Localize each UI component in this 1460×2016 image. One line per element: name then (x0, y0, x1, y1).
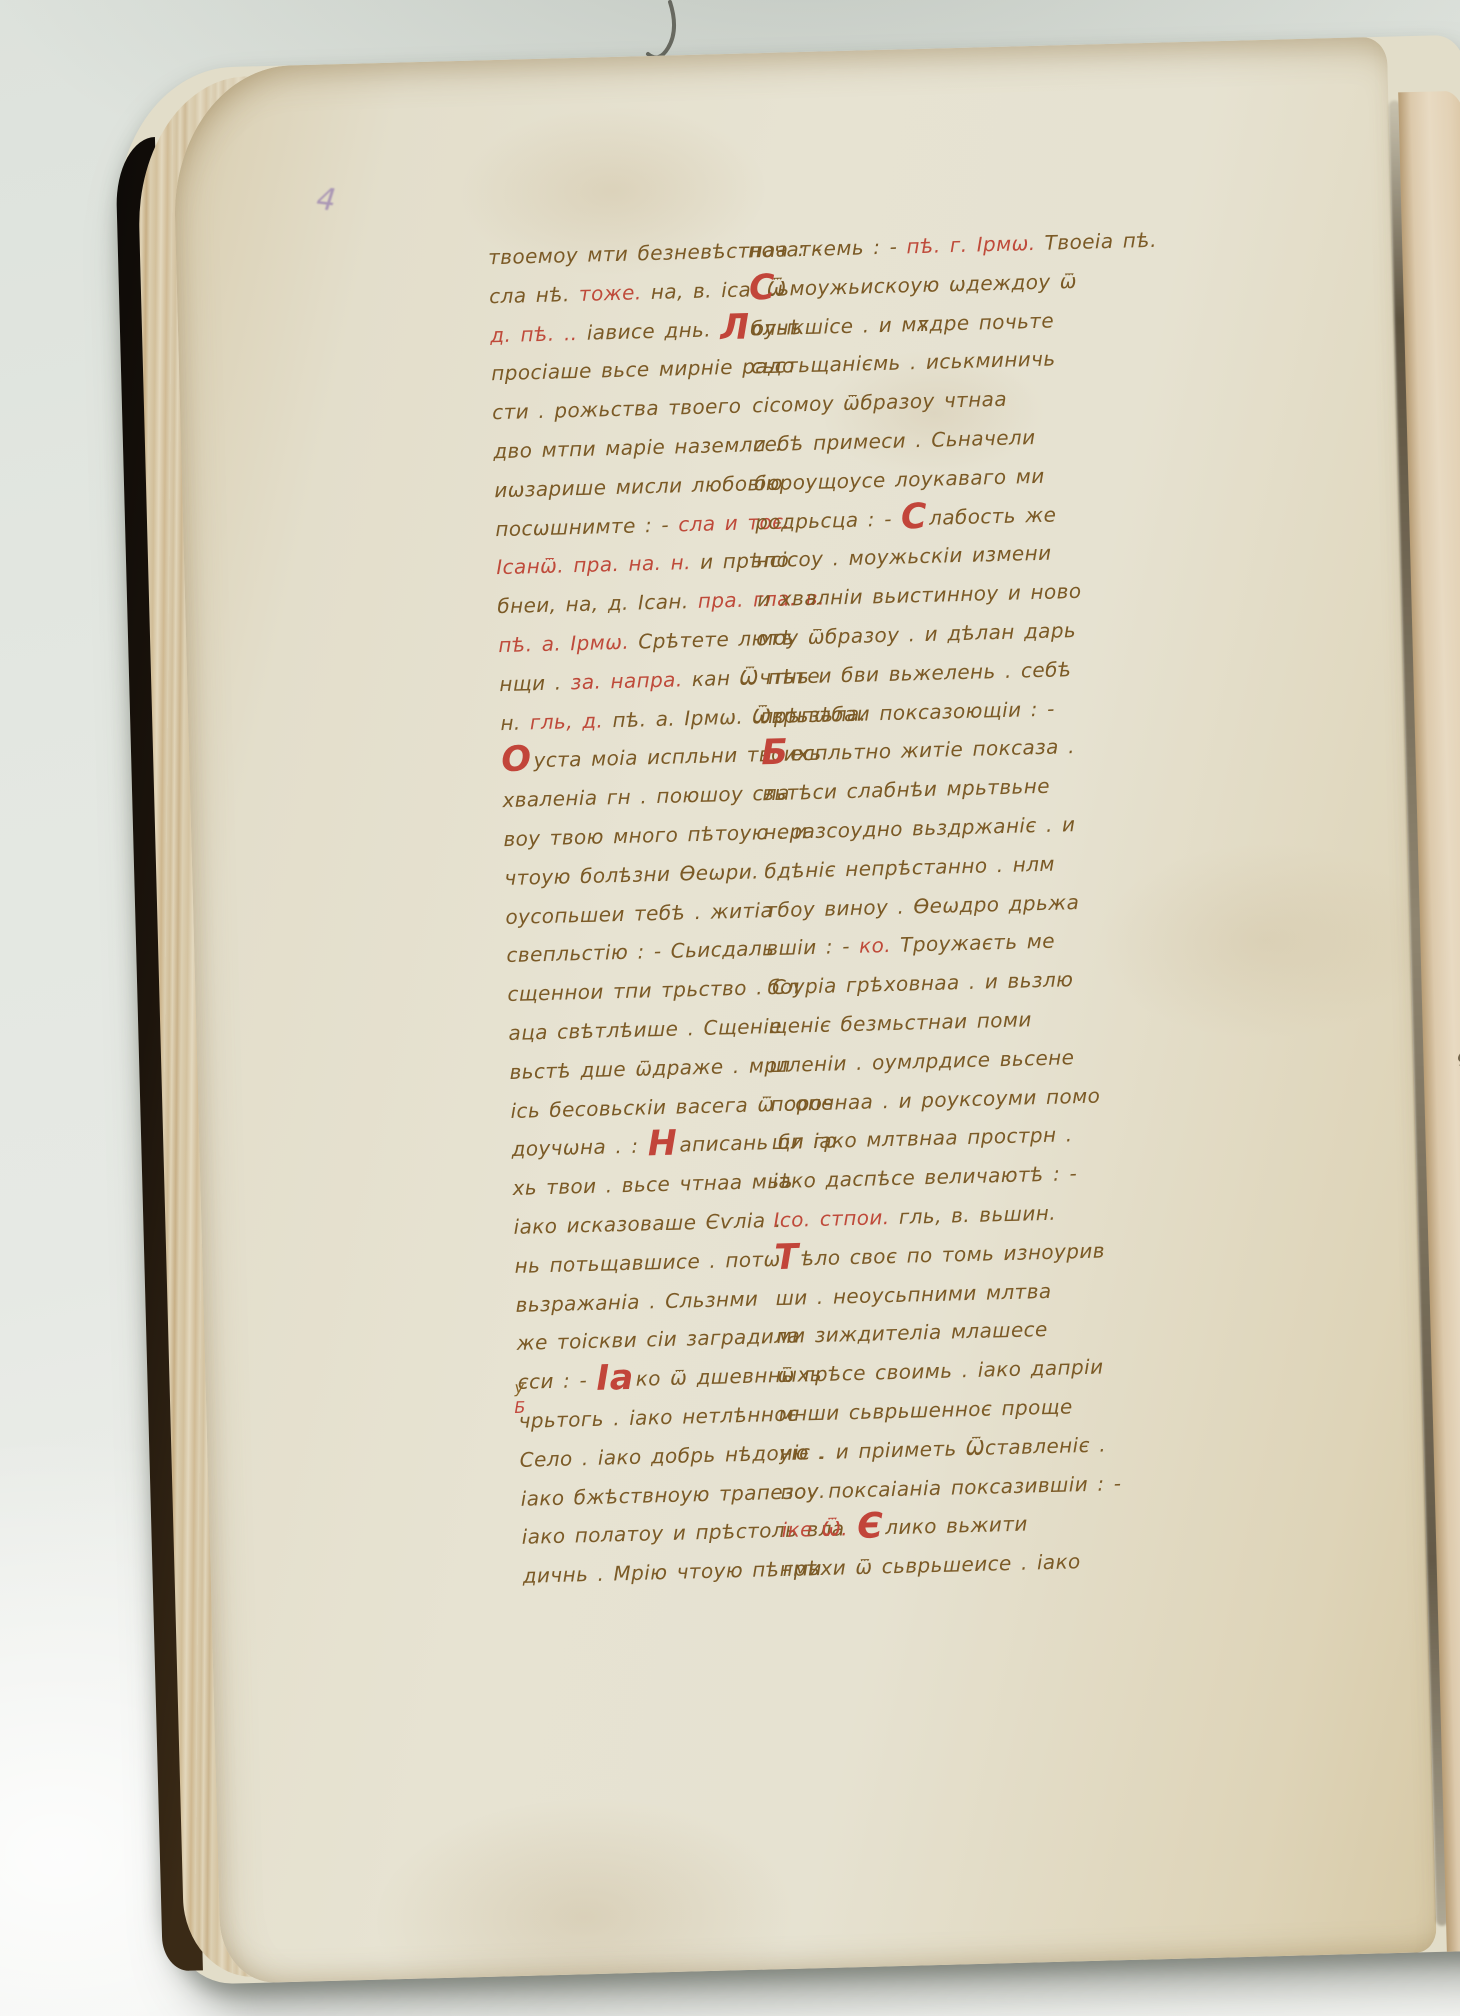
rubric-segment: ко. (859, 933, 891, 958)
initial-letter: Іа (596, 1358, 634, 1399)
ink-segment: Твоеіа пѣ. (1035, 228, 1157, 255)
ink-segment: ши . неоусьпними млтва (775, 1278, 1052, 1309)
rubric-segment: тоже. (579, 280, 642, 306)
ink-segment: щи іако млтвнаа прострн . (771, 1123, 1073, 1155)
ink-segment: щеніє безмьстнаи поми (768, 1007, 1032, 1038)
ink-segment: дичнь . Мрію чтоую пѣнми (522, 1556, 822, 1588)
rubric-segment: Ісанѿ. пра. на. н. (496, 550, 700, 579)
manuscript-book: 4 твоемоу мти безневѣстнаа : ‐сла нѣ. то… (113, 35, 1460, 1986)
initial-letter: Л (720, 307, 751, 348)
ink-segment: ѣло своє по томь изноурив (800, 1238, 1105, 1270)
ink-segment: вьзражаніа . Сльзнми (515, 1286, 758, 1316)
ink-segment: сла нѣ. (489, 282, 579, 308)
margin-note-upper: у (514, 1378, 524, 1397)
rubric-segment: Ісо. стпои. (773, 1205, 890, 1232)
ink-segment: єси : ‐ (517, 1368, 596, 1394)
ink-segment: сти . рожьства твоего (492, 394, 742, 425)
initial-letter: С (900, 496, 927, 537)
ink-segment: ьмоужьискоую ѡдеждоу ѿ (777, 269, 1077, 301)
text-column-right: початкемь : ‐ пѣ. г. Ірмѡ. Твоеіа пѣ.Сьм… (748, 221, 1175, 1589)
ink-segment: хь твои . вьсе чтнаа мьѣ (512, 1169, 793, 1200)
ink-segment: бороущоусе лоукаваго ми (754, 464, 1045, 496)
ink-segment: себѣ примеси . Сьначели (753, 425, 1036, 456)
ink-segment: аца свѣтлѣише . Сщеніе (508, 1014, 782, 1045)
ink-segment: ніє . и пріиметь Ѿставленіє . (779, 1432, 1106, 1465)
ink-segment: родрьсца : ‐ (755, 506, 901, 534)
initial-letter: С (749, 268, 776, 309)
margin-note-lower: Б (514, 1398, 526, 1418)
initial-letter: Є (857, 1507, 884, 1548)
ink-segment: мнши сьврьшенноє проще (778, 1394, 1073, 1426)
initial-letter: О (501, 740, 532, 781)
ink-segment: шленіи . оумлрдисе вьсене (769, 1045, 1075, 1077)
ink-segment: вьтѣси слабнѣи мрьтвьне (762, 774, 1050, 806)
ink-segment: бдѣніє непрѣстанно . нлм (764, 851, 1055, 883)
ink-segment: моу ѿбразоу . и дѣлан дарь (758, 618, 1076, 650)
initial-letter: Н (647, 1124, 678, 1165)
ink-segment: чтнь и бви вьжелень . себѣ (759, 657, 1072, 689)
initial-letter: Т (774, 1237, 799, 1278)
ink-segment: неразсоудно вьздржаніє . и (763, 812, 1076, 844)
ink-segment: доучѡна . : (511, 1134, 648, 1162)
rubric-segment: д. пѣ. ‥ (490, 320, 587, 347)
ink-segment: тбоу виноу . Ѳеѡдро дрьжа (765, 890, 1079, 922)
ink-segment: лабость же (929, 502, 1057, 529)
ink-segment: ѿ грѣсе своимь . іако дапріи (777, 1355, 1103, 1388)
ink-segment: сщеннои тпи трьство . Сл (507, 975, 800, 1007)
ink-segment: нь потьщавшисе . потѡ (514, 1247, 781, 1278)
ink-segment: свепльстію : ‐ Сьисдаль (506, 936, 774, 967)
ink-segment: Троужаєть ме (891, 929, 1056, 957)
ink-segment: чрьтогь . іако нетлѣнноє (518, 1401, 798, 1432)
ink-segment: хваленіа гн . поюшоу сла (502, 781, 790, 813)
folio-number: 4 (315, 182, 338, 219)
ink-segment: іависе днь. (586, 317, 720, 344)
ink-segment: сісомоу ѿбразоу чтнаа (752, 387, 1007, 418)
fore-edge-mark: ϛ (1455, 1042, 1460, 1068)
ink-segment: порочнаа . и роуксоуми помо (770, 1083, 1100, 1116)
ink-segment: іако даспѣсе величаютѣ : ‐ (772, 1161, 1077, 1193)
margin-note: у Б (514, 1378, 526, 1418)
ink-segment: ми зиждителіа млашесе (776, 1317, 1048, 1348)
ink-segment: боуріа грѣховнаа . и вьзлю (767, 967, 1074, 999)
ink-segment: початкемь : ‐ (748, 234, 907, 262)
rubric-segment: за. напра. (570, 667, 682, 694)
rubric-segment: іке Ѿ. (781, 1516, 857, 1542)
ink-segment: іако исказоваше Єѵліа . (513, 1208, 782, 1239)
ink-segment: посѡшнимте : ‐ (495, 512, 679, 541)
ink-segment: дво мтпи маріе наземли . (493, 432, 783, 464)
ink-segment: поу поксаіаніа поксазившіи : ‐ (780, 1471, 1121, 1504)
ink-segment: блыкшісе . и мѫдре почьте (750, 308, 1054, 340)
ink-segment: нсісоу . моужьскіи измени (756, 541, 1052, 573)
ink-segment: же тоіскви сіи заградила (516, 1324, 800, 1355)
ink-segment: гль, в. вьшин. (889, 1201, 1056, 1229)
ink-segment: прѣпѡбаи поксазоющіи : ‐ (760, 696, 1055, 728)
ink-segment: чтоую болѣзни Ѳеѡри. (504, 859, 759, 890)
ink-segment: и хвалніи вьистинноу и ново (757, 579, 1082, 611)
ink-segment: н. (500, 710, 530, 735)
initial-letter: Б (761, 733, 789, 774)
ink-segment: просіаше вьсе мирніе радо (491, 354, 795, 386)
rubric-segment: пѣ. г. Ірмѡ. (906, 231, 1036, 258)
ink-segment: еспльтно житіе поксаза . (790, 734, 1075, 765)
ink-segment: сьстьщаніємь . иськминичь (751, 347, 1056, 379)
rubric-segment: гль, д. (530, 708, 604, 734)
ink-segment: нщи . (499, 670, 571, 696)
manuscript-page: 4 твоемоу мти безневѣстнаа : ‐сла нѣ. то… (171, 37, 1437, 1984)
rubric-segment: пѣ. а. Ірмѡ. (498, 629, 639, 657)
ink-segment: грѣхи ѿ сьврьшеисе . іако (782, 1549, 1081, 1581)
ink-segment: вьстѣ дше ѿдраже . мрл (509, 1052, 791, 1083)
ink-segment: иѡзарише мисли любовію (494, 470, 783, 502)
ink-segment: вшіи : ‐ (766, 934, 859, 960)
ink-segment: оусопьшеи тебѣ . житіа (505, 898, 773, 929)
ink-segment: бнеи, на, д. Ісан. (497, 589, 698, 618)
ink-segment: лико вьжити (885, 1512, 1028, 1540)
photo-backdrop: 4 твоемоу мти безневѣстнаа : ‐сла нѣ. то… (0, 0, 1460, 2016)
